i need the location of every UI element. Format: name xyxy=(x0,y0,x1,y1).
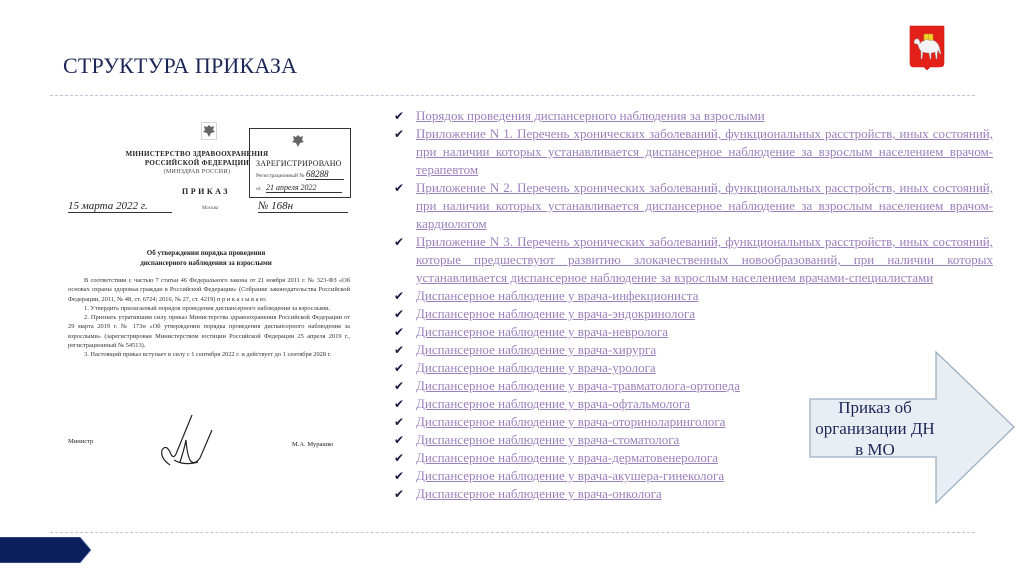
order-word: ПРИКАЗ xyxy=(182,187,230,196)
list-item: ✔Приложение N 1. Перечень хронических за… xyxy=(394,125,993,179)
registration-stamp: ЗАРЕГИСТРИРОВАНО Регистрационный № 68288… xyxy=(249,128,351,198)
checkmark-icon: ✔ xyxy=(394,305,404,323)
list-item: ✔Приложение N 2. Перечень хронических за… xyxy=(394,179,993,233)
checkmark-icon: ✔ xyxy=(394,485,404,503)
stamp-date: 21 апреля 2022 xyxy=(266,183,342,193)
list-item-link[interactable]: Диспансерное наблюдение у врача-стоматол… xyxy=(416,432,679,447)
callout-line1: Приказ об xyxy=(808,397,942,418)
checkmark-icon: ✔ xyxy=(394,431,404,449)
list-item-link[interactable]: Диспансерное наблюдение у врача-онколога xyxy=(416,486,662,501)
order-paragraph: 3. Настоящий приказ вступает в силу с 1 … xyxy=(68,350,350,359)
list-item: ✔Приложение N 3. Перечень хронических за… xyxy=(394,233,993,287)
header-divider xyxy=(50,95,975,96)
chelyabinsk-coat-of-arms-icon xyxy=(909,25,945,71)
order-paragraph: 2. Признать утратившим силу приказ Минис… xyxy=(68,313,350,350)
order-body: В соответствии с частью 7 статьи 46 Феде… xyxy=(68,276,350,360)
callout-line2: организации ДН xyxy=(808,418,942,439)
checkmark-icon: ✔ xyxy=(394,377,404,395)
list-item-link[interactable]: Диспансерное наблюдение у врача-дерматов… xyxy=(416,450,718,465)
list-item-link[interactable]: Приложение N 1. Перечень хронических заб… xyxy=(416,125,993,179)
footer-divider xyxy=(50,532,975,533)
checkmark-icon: ✔ xyxy=(394,287,404,305)
checkmark-icon: ✔ xyxy=(394,413,404,431)
list-item-link[interactable]: Диспансерное наблюдение у врача-инфекцио… xyxy=(416,288,698,303)
list-item-link[interactable]: Диспансерное наблюдение у врача-офтальмо… xyxy=(416,396,690,411)
checkmark-icon: ✔ xyxy=(394,341,404,359)
checkmark-icon: ✔ xyxy=(394,359,404,377)
checkmark-icon: ✔ xyxy=(394,179,404,197)
list-item-link[interactable]: Приложение N 3. Перечень хронических заб… xyxy=(416,233,993,287)
order-heading-line1: Об утверждении порядка проведения xyxy=(92,248,320,258)
order-number: № 168н xyxy=(258,200,348,213)
checkmark-icon: ✔ xyxy=(394,323,404,341)
list-item: ✔Порядок проведения диспансерного наблюд… xyxy=(394,107,993,125)
order-city: Москва xyxy=(202,206,218,211)
order-heading-line2: диспансерного наблюдения за взрослыми xyxy=(92,258,320,268)
list-item-link[interactable]: Диспансерное наблюдение у врача-акушера-… xyxy=(416,468,724,483)
list-item: ✔Диспансерное наблюдение у врача-невроло… xyxy=(394,323,993,341)
order-paragraph: 1. Утвердить прилагаемый порядок проведе… xyxy=(68,304,350,313)
list-item-link[interactable]: Диспансерное наблюдение у врача-невролог… xyxy=(416,324,668,339)
list-item-link[interactable]: Диспансерное наблюдение у врача-эндокрин… xyxy=(416,306,695,321)
list-item: ✔Диспансерное наблюдение у врача-эндокри… xyxy=(394,305,993,323)
stamp-date-label: от xyxy=(256,186,261,192)
checkmark-icon: ✔ xyxy=(394,395,404,413)
signature-icon xyxy=(140,410,220,470)
order-date: 15 марта 2022 г. xyxy=(68,200,172,213)
russian-eagle-icon xyxy=(290,133,306,149)
checkmark-icon: ✔ xyxy=(394,107,404,125)
scanned-order-document: МИНИСТЕРСТВО ЗДРАВООХРАНЕНИЯ РОССИЙСКОЙ … xyxy=(52,108,360,468)
order-paragraph: В соответствии с частью 7 статьи 46 Феде… xyxy=(68,276,350,304)
list-item: ✔Диспансерное наблюдение у врача-инфекци… xyxy=(394,287,993,305)
footer-chevron-bar xyxy=(0,537,91,563)
slide-title: СТРУКТУРА ПРИКАЗА xyxy=(63,53,297,79)
checkmark-icon: ✔ xyxy=(394,449,404,467)
checkmark-icon: ✔ xyxy=(394,233,404,251)
list-item-link[interactable]: Диспансерное наблюдение у врача-травмато… xyxy=(416,378,740,393)
order-heading: Об утверждении порядка проведения диспан… xyxy=(92,248,320,268)
callout-text: Приказ об организации ДН в МО xyxy=(808,397,942,460)
stamp-registered: ЗАРЕГИСТРИРОВАНО xyxy=(256,159,342,168)
checkmark-icon: ✔ xyxy=(394,467,404,485)
checkmark-icon: ✔ xyxy=(394,125,404,143)
list-item-link[interactable]: Диспансерное наблюдение у врача-оторинол… xyxy=(416,414,725,429)
stamp-regnum: 68288 xyxy=(306,169,344,180)
callout-line3: в МО xyxy=(808,439,942,460)
list-item-link[interactable]: Приложение N 2. Перечень хронических заб… xyxy=(416,179,993,233)
list-item-link[interactable]: Диспансерное наблюдение у врача-хирурга xyxy=(416,342,656,357)
signer-title: Министр xyxy=(68,438,93,445)
stamp-regnum-label: Регистрационный № xyxy=(256,173,305,179)
russian-eagle-icon xyxy=(201,122,217,140)
list-item-link[interactable]: Порядок проведения диспансерного наблюде… xyxy=(416,108,765,123)
signer-name: М.А. Мурашко xyxy=(292,441,333,448)
list-item-link[interactable]: Диспансерное наблюдение у врача-уролога xyxy=(416,360,656,375)
